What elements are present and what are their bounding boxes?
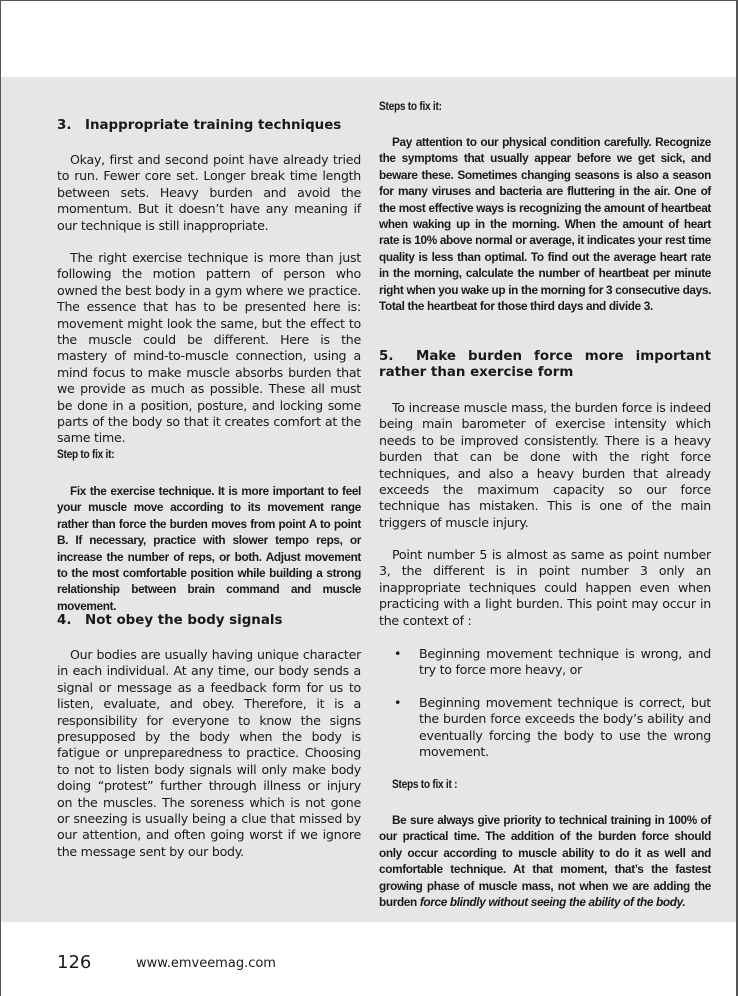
section-4-number: 4. [57, 613, 85, 629]
section-5-fix-text: Be sure always give priority to technica… [379, 812, 711, 910]
section-5-paragraph-2: Point number 5 is almost as same as poin… [379, 547, 711, 629]
section-4-heading: 4.Not obey the body signals [57, 613, 361, 629]
section-3-heading: 3.Inappropriate training techniques [57, 118, 361, 134]
content-panel: 3.Inappropriate training techniques Okay… [1, 77, 736, 922]
section-3-fix-label: Step to fix it: [57, 449, 114, 461]
section-5-heading: 5.Make burden force more important rathe… [379, 349, 711, 381]
magazine-page: 3.Inappropriate training techniques Okay… [0, 0, 738, 996]
section-4-fix-label: Steps to fix it: [379, 101, 442, 113]
section-5-fix-label: Steps to fix it : [392, 779, 457, 791]
bullet-item: • Beginning movement technique is correc… [379, 695, 711, 761]
section-4-fix-text: Pay attention to our physical condition … [379, 134, 711, 314]
bullet-text: Beginning movement technique is correct,… [419, 695, 711, 759]
section-3-paragraph-1: Okay, first and second point have alread… [57, 152, 361, 234]
bullet-item: • Beginning movement technique is wrong,… [379, 646, 711, 679]
section-3-number: 3. [57, 118, 85, 134]
section-5-paragraph-1: To increase muscle mass, the burden forc… [379, 400, 711, 531]
section-4-title: Not obey the body signals [85, 613, 282, 628]
section-5-bullet-list: • Beginning movement technique is wrong,… [379, 646, 711, 760]
bullet-icon: • [394, 646, 401, 662]
section-5-fix-text-italic: force blindly without seeing the ability… [420, 895, 685, 909]
page-number: 126 [57, 952, 91, 973]
section-5-number: 5. [379, 349, 416, 365]
section-5-title: Make burden force more important rather … [379, 349, 711, 380]
section-3-fix-text: Fix the exercise technique. It is more i… [57, 483, 361, 614]
bullet-text: Beginning movement technique is wrong, a… [419, 646, 711, 677]
section-4-paragraph-1: Our bodies are usually having unique cha… [57, 647, 361, 860]
bullet-icon: • [394, 695, 401, 711]
website-url: www.emveemag.com [136, 956, 276, 971]
section-3-paragraph-2: The right exercise technique is more tha… [57, 250, 361, 447]
section-3-title: Inappropriate training techniques [85, 118, 341, 133]
